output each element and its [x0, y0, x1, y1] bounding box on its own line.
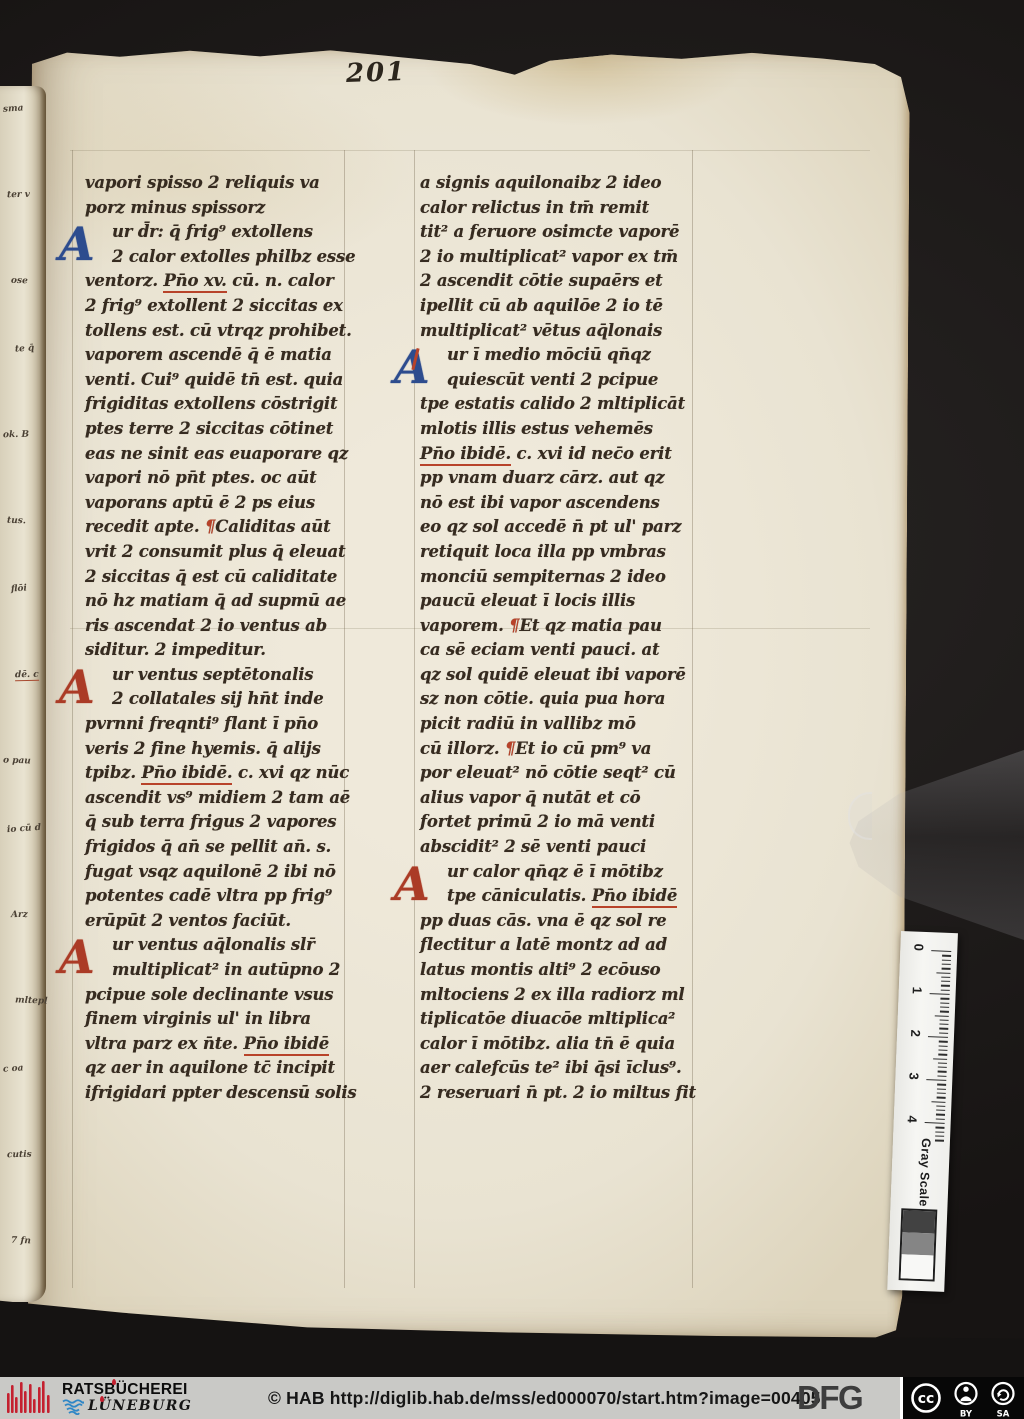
manuscript-line: aer calefcūs te² ibi q̄si īclus⁹. [420, 1056, 742, 1081]
ruler-tick [942, 968, 951, 970]
attribution-text: © HAB http://diglib.hab.de/mss/ed000070/… [268, 1377, 821, 1419]
text-column-right: a signis aquilonaibz 2 ideocalor relictu… [420, 171, 742, 1106]
spine-text-fragment: o pau [3, 756, 31, 767]
ruler-tick [926, 1079, 946, 1081]
gray-scale-patch [902, 1232, 935, 1255]
ruler-number: 0 [911, 943, 926, 956]
page-crease [70, 150, 870, 151]
manuscript-line: ascendit vs⁹ midiem 2 tam aē [85, 786, 401, 811]
manuscript-line: eas ne sinit eas euaporare qz [85, 442, 401, 467]
paragraph: vapori spisso 2 reliquis vaporz minus sp… [85, 171, 401, 220]
ruler-tick [937, 1092, 946, 1094]
ruling-line [414, 150, 415, 1288]
spine-text-fragment: mltepl [15, 995, 48, 1006]
manuscript-line: picit radiū in vallibz mō [420, 712, 742, 737]
manuscript-line: vaporem ascendē q̄ ē matia [85, 343, 401, 368]
manuscript-line: vapori nō pn̄t ptes. oc aūt [85, 466, 401, 491]
manuscript-line: vaporans aptū ē 2 ps eius [85, 491, 401, 516]
manuscript-line: ur ī medio mōciū qn̄qz [447, 343, 742, 368]
manuscript-line: tollens est. cū vtrqz prohibet. [85, 319, 401, 344]
ruler-tick [933, 1058, 947, 1060]
manuscript-line: retiquit loca illa pp vmbras [420, 540, 742, 565]
ruler-tick [939, 1028, 948, 1030]
manuscript-line: ptes terre 2 siccitas cōtinet [85, 417, 401, 442]
spine-text-fragment: cutis [7, 1150, 32, 1160]
manuscript-line: frigiditas extollens cōstrigit [85, 392, 401, 417]
paragraph: Aur ventus septētonalis2 collatales sij… [85, 663, 401, 934]
manuscript-line: ca sē eciam venti pauci. at [420, 638, 742, 663]
ruler-tick [937, 1075, 946, 1077]
paragraph: a signis aquilonaibz 2 ideocalor relictu… [420, 171, 742, 343]
manuscript-line: vapori spisso 2 reliquis va [85, 171, 401, 196]
red-paraph-mark: ¶ [509, 616, 519, 635]
manuscript-line: Pn̄o ibidē. c. xvi id nec̄o erit [420, 442, 742, 467]
manuscript-line: mlotis illis estus vehemēs [420, 417, 742, 442]
manuscript-line: q̄ sub terra frigus 2 vapores [85, 810, 401, 835]
ruler-tick [925, 1122, 945, 1124]
ruler-tick [931, 950, 951, 952]
manuscript-line: frigidos q̄ an̄ se pellit an̄. s. [85, 835, 401, 860]
badge-divider [900, 1377, 903, 1419]
manuscript-line: porz minus spissorz [85, 196, 401, 221]
gray-scale-label: Gray Scale [916, 1138, 933, 1207]
illuminated-initial: A [59, 933, 95, 982]
manuscript-line: fugat vsqz aquilonē 2 ibi nō [85, 860, 401, 885]
paragraph: Aur ī medio mōciū qn̄qzquiescūt vent… [420, 343, 742, 859]
manuscript-line: multiplicat² vētus aq̄lonais [420, 319, 742, 344]
cc-by-label: BY [960, 1410, 973, 1419]
ruler-tick [935, 1140, 944, 1142]
illuminated-initial: A [394, 860, 430, 909]
footer-bar: RATSBÜCHEREI LÜNEBURG © HAB http://digli… [0, 1377, 1024, 1419]
illuminated-initial: A [59, 220, 95, 269]
manuscript-line: veris 2 fine hyemis. q̄ alijs [85, 737, 401, 762]
ruler-tick [935, 1131, 944, 1133]
manuscript-line: calor ī mōtibz. alia tn̄ ē quia [420, 1032, 742, 1057]
ruler-tick [935, 1135, 944, 1137]
ruler-tick [940, 1002, 949, 1004]
manuscript-line: recedit apte. ¶Caliditas aūt [85, 515, 401, 540]
manuscript-line: monciū sempiternas 2 ideo [420, 565, 742, 590]
ruling-line [72, 150, 73, 1288]
manuscript-line: eo qz sol accedē n̄ pt ul' parz [420, 515, 742, 540]
ruler-tick [937, 1084, 946, 1086]
spine-text-fragment: flōi [11, 583, 28, 594]
manuscript-line: ris ascendat 2 io ventus ab [85, 614, 401, 639]
ruler-number: 4 [904, 1115, 919, 1128]
manuscript-line: ifrigidari ppter descensū solis [85, 1081, 401, 1106]
manuscript-line: 2 siccitas q̄ est cū caliditate [85, 565, 401, 590]
cc-sa-label: SA [997, 1410, 1010, 1419]
manuscript-line: 2 reseruari n̄ pt. 2 io miltus fit [420, 1081, 742, 1106]
ratsbuecherei-bars-icon [6, 1381, 54, 1415]
ruler-tick [938, 1067, 947, 1069]
ruler-tick [938, 1054, 947, 1056]
manuscript-line: quiescūt venti 2 pcipue [447, 368, 742, 393]
ruler-tick [942, 955, 951, 957]
red-paraph-mark: ¶ [505, 739, 515, 758]
spine-text-fragment: sma [3, 103, 24, 114]
ruler-tick [938, 1062, 947, 1064]
manuscript-line: 2 frig⁹ extollent 2 siccitas ex [85, 294, 401, 319]
manuscript-line: pcipue sole declinante vsus [85, 983, 401, 1008]
manuscript-line: pvrnni freqnti⁹ flant ī pn̄o [85, 712, 401, 737]
red-underlined-reference: Pn̄o ibidē. [141, 763, 232, 785]
ruler-tick [940, 1006, 949, 1008]
gray-scale-patch [901, 1254, 934, 1279]
manuscript-line: nō hz matiam q̄ ad supmū ae [85, 589, 401, 614]
manuscript-line: tiplicatōe diuacōe mltiplica² [420, 1007, 742, 1032]
spine-text-fragment: io cū d [7, 823, 42, 835]
red-underlined-reference: Pn̄o ibidē. [420, 444, 511, 466]
ruler-tick [936, 1118, 945, 1120]
manuscript-line: a signis aquilonaibz 2 ideo [420, 171, 742, 196]
ruler-tick [938, 1071, 947, 1073]
logo-red-dot [100, 1396, 104, 1402]
ruler-tick [940, 998, 949, 1000]
manuscript-line: nō est ibi vapor ascendens [420, 491, 742, 516]
manuscript-line: finem virginis ul' in libra [85, 1007, 401, 1032]
manuscript-line: cū illorz. ¶Et io cū pm⁹ va [420, 737, 742, 762]
red-underlined-reference: Pn̄o ibidē [592, 886, 677, 908]
manuscript-line: tit² a feruore osimcte vaporē [420, 220, 742, 245]
manuscript-line: ur calor qn̄qz ē ī mōtibz [447, 860, 742, 885]
spine-text-fragment: ter v [7, 190, 30, 200]
text-column-left: vapori spisso 2 reliquis vaporz minus sp… [85, 171, 401, 1106]
manuscript-line: 2 calor extolles philbz esse [112, 245, 401, 270]
ruler-tick [938, 1049, 947, 1051]
manuscript-line: mltociens 2 ex illa radiorz ml [420, 983, 742, 1008]
digitized-manuscript-photo: smater vosete q̄ok. Btus.flōidē. co pa… [0, 0, 1024, 1419]
paragraph: Aur d̄r: q̄ frig⁹ extollens2 calor extol… [85, 220, 401, 663]
ruler-number: 3 [906, 1072, 921, 1085]
manuscript-line: venti. Cui⁹ quidē tn̄ est. quia [85, 368, 401, 393]
manuscript-line: tpe estatis calido 2 mltiplicāt [420, 392, 742, 417]
ruler-tick [931, 1101, 945, 1103]
ruler-tick [935, 1127, 944, 1129]
ruler-tick [941, 976, 950, 978]
manuscript-line: ventorz. Pn̄o xv. cū. n. calor [85, 269, 401, 294]
manuscript-line: tpibz. Pn̄o ibidē. c. xvi qz nūc [85, 761, 401, 786]
manuscript-line: flectitur a latē montz ad ad [420, 933, 742, 958]
dfg-logo: DFG [797, 1377, 862, 1419]
spine-text-fragment: dē. c [15, 670, 39, 681]
ruler-tick [936, 1114, 945, 1116]
ruler-tick [935, 1015, 949, 1017]
ruler-tick [939, 1045, 948, 1047]
spine-text-fragment: tus. [7, 516, 26, 527]
manuscript-line: pp vnam duarz cārz. aut qz [420, 466, 742, 491]
gray-scale-patches [899, 1208, 938, 1281]
manuscript-line: qz sol quidē eleuat ibi vaporē [420, 663, 742, 688]
lueneburg-waves-icon [62, 1399, 84, 1415]
spine-text-fragment: te q̄ [15, 343, 35, 354]
manuscript-line: alius vapor q̄ nutāt et cō [420, 786, 742, 811]
ruler-tick [936, 1105, 945, 1107]
red-paraph-mark: ¶ [205, 517, 215, 536]
spine-text-fragment: Arz [11, 910, 28, 920]
manuscript-line: 2 collatales sij hn̄t inde [112, 687, 401, 712]
paragraph: Aur calor qn̄qz ē ī mōtibztpe cānicu… [420, 860, 742, 1106]
manuscript-line: vltra parz ex n̄te. Pn̄o ibidē [85, 1032, 401, 1057]
ruler-tick [930, 993, 950, 995]
manuscript-line: ur d̄r: q̄ frig⁹ extollens [112, 220, 401, 245]
spine-text-fragment: ok. B [3, 430, 29, 440]
manuscript-line: sz non cōtie. quia pua hora [420, 687, 742, 712]
ruler-tick [941, 989, 950, 991]
manuscript-line: tpe cāniculatis. Pn̄o ibidē [447, 884, 742, 909]
ruler-tick [940, 1011, 949, 1013]
gray-scale-patch [902, 1210, 935, 1233]
manuscript-line: siditur. 2 impeditur. [85, 638, 401, 663]
folio-number: 201 [345, 57, 406, 89]
ruler-tick [928, 1036, 948, 1038]
ruler-tick [939, 1024, 948, 1026]
red-underlined-reference: Pn̄o ibidē [244, 1034, 329, 1056]
manuscript-line: potentes cadē vltra pp frig⁹ [85, 884, 401, 909]
manuscript-line: vaporem. ¶Et qz matia pau [420, 614, 742, 639]
ruler-tick [942, 963, 951, 965]
ruler-tick [937, 1097, 946, 1099]
manuscript-line: fortet primū 2 io mā venti [420, 810, 742, 835]
ruler-tick [939, 1032, 948, 1034]
manuscript-line: latus montis alti⁹ 2 ecōuso [420, 958, 742, 983]
ruler-tick [939, 1041, 948, 1043]
cc-license-badge: cc BY SA [900, 1377, 1024, 1419]
manuscript-line: 2 io multiplicat² vapor ex tm̄ [420, 245, 742, 270]
manuscript-line: paucū eleuat ī locis illis [420, 589, 742, 614]
manuscript-line: pp duas cās. vna ē qz sol re [420, 909, 742, 934]
illuminated-initial: A [59, 663, 95, 712]
library-name: RATSBÜCHEREI [62, 1381, 188, 1399]
manuscript-line: multiplicat² in autūpno 2 [112, 958, 401, 983]
manuscript-line: abscidit² 2 sē venti pauci [420, 835, 742, 860]
ruler-tick [936, 972, 950, 974]
previous-page-fore-edge: smater vosete q̄ok. Btus.flōidē. co pa… [0, 86, 46, 1302]
manuscript-line: calor relictus in tm̄ remit [420, 196, 742, 221]
manuscript-line: ur ventus septētonalis [112, 663, 401, 688]
ruler-number: 1 [909, 986, 924, 999]
manuscript-line: por eleuat² nō cōtie seqt² cū [420, 761, 742, 786]
spine-text-fragment: ose [11, 276, 28, 287]
manuscript-line: ipellit cū ab aquilōe 2 io tē [420, 294, 742, 319]
svg-text:cc: cc [918, 1391, 935, 1407]
manuscript-line: ur ventus aq̄lonalis slr̄ [112, 933, 401, 958]
manuscript-line: 2 ascendit cōtie supaērs et [420, 269, 742, 294]
ruler-tick [940, 1019, 949, 1021]
ruler-tick [936, 1110, 945, 1112]
manuscript-line: vrit 2 consumit plus q̄ eleuat [85, 540, 401, 565]
manuscript-line: erūpūt 2 ventos faciūt. [85, 909, 401, 934]
red-underlined-reference: Pn̄o xv. [163, 271, 226, 293]
ruler-tick [937, 1088, 946, 1090]
ruler-number: 2 [908, 1029, 923, 1042]
manuscript-line: qz aer in aquilone tc̄ incipit [85, 1056, 401, 1081]
illuminated-initial: A [394, 343, 430, 392]
ruler-tick [941, 981, 950, 983]
spine-text-fragment: 7 fn [11, 1236, 31, 1247]
spine-text-fragment: c oa [3, 1063, 24, 1074]
logo-red-dot [112, 1379, 116, 1385]
ruler-tick [942, 959, 951, 961]
paragraph: Aur ventus aq̄lonalis slr̄multiplicat² i… [85, 933, 401, 1105]
ruler-tick [941, 985, 950, 987]
